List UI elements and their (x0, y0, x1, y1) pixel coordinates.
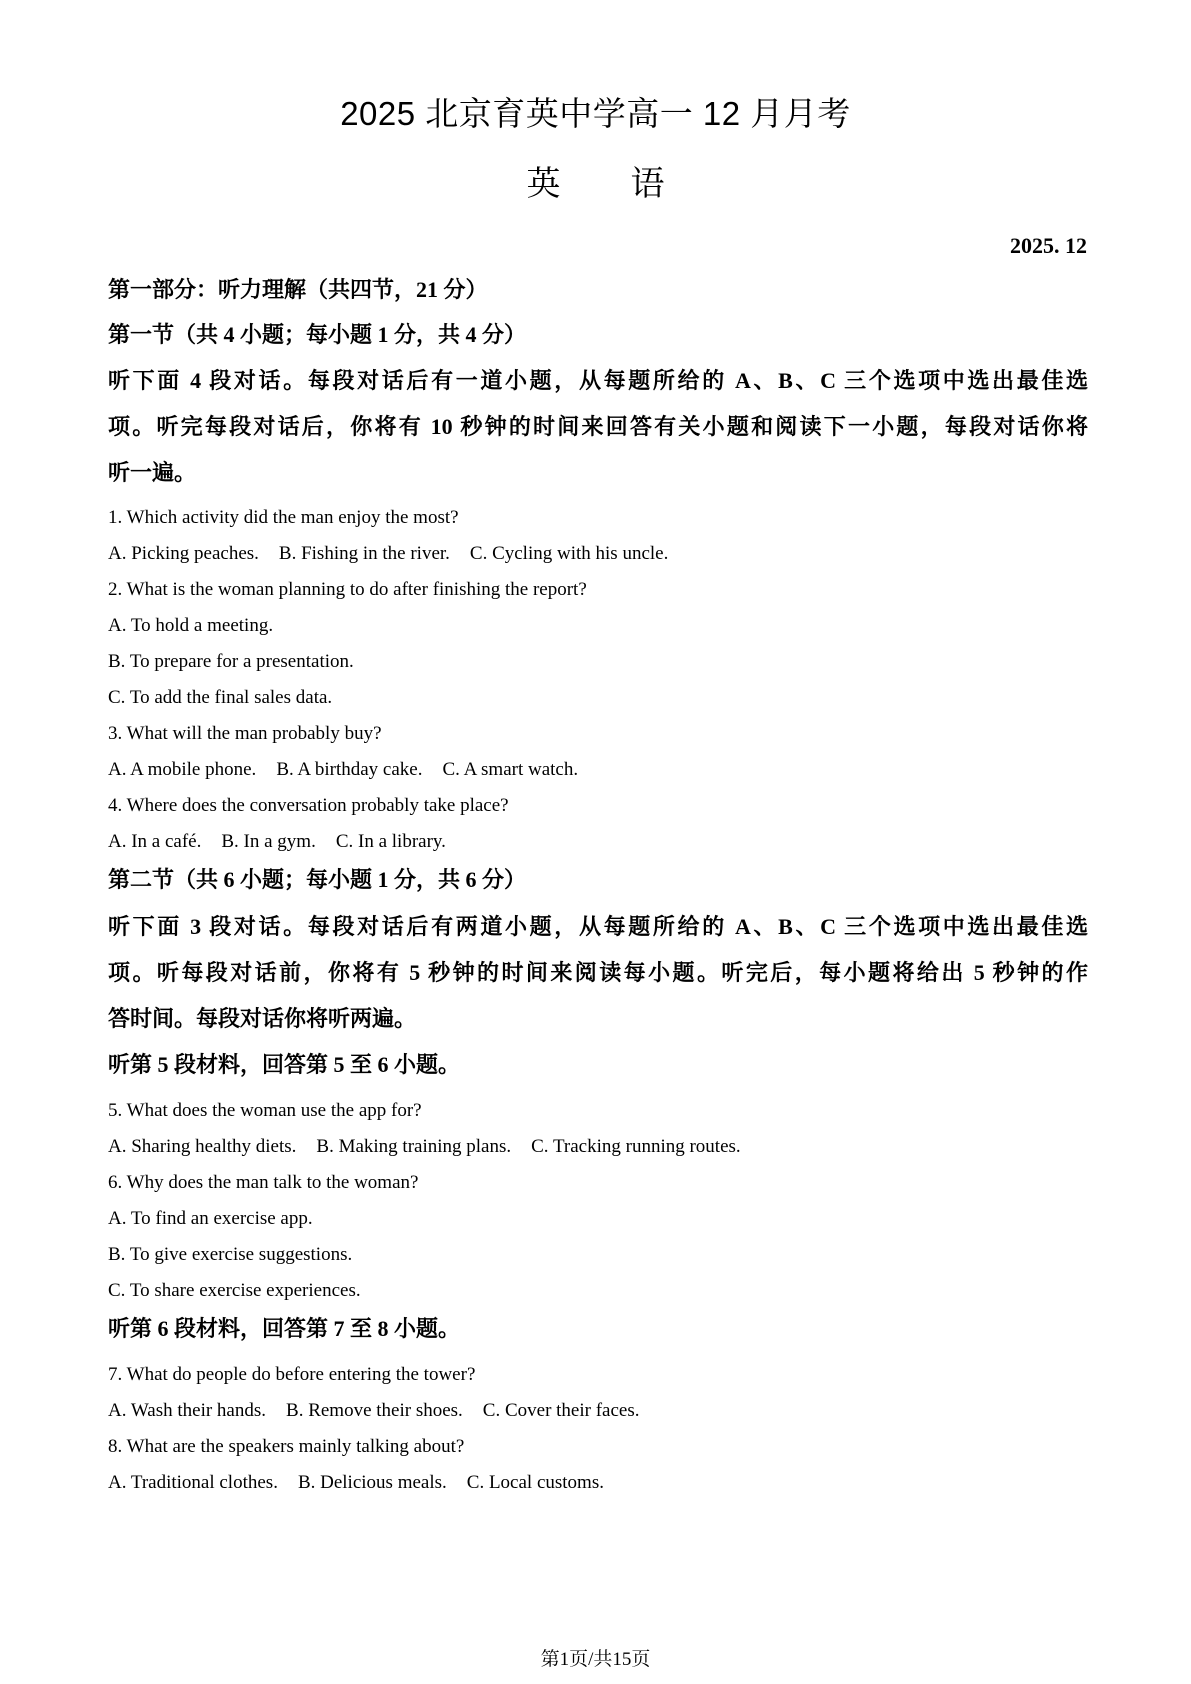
material6-heading: 听第 6 段材料，回答第 7 至 8 小题。 (108, 1314, 460, 1344)
option-a: A. To hold a meeting. (108, 613, 273, 639)
option-c: C. A smart watch. (442, 759, 578, 780)
page-title: 2025 北京育英中学高一 12 月月考 (0, 92, 1191, 136)
section1-instruction-line: 听下面 4 段对话。每段对话后有一道小题，从每题所给的 A、B、C 三个选项中选… (108, 366, 1088, 396)
question-stem: 1. Which activity did the man enjoy the … (108, 505, 459, 531)
option-a: A. Traditional clothes. (108, 1472, 278, 1493)
option-c: C. Cover their faces. (483, 1400, 640, 1421)
option-c: C. Tracking running routes. (531, 1136, 741, 1157)
section2-instruction-line: 答时间。每段对话你将听两遍。 (108, 1004, 1088, 1034)
subject-char-1: 英 (527, 162, 561, 206)
option-a: A. Picking peaches. (108, 543, 259, 564)
question-options: A. A mobile phone.B. A birthday cake.C. … (108, 757, 578, 783)
option-b: B. A birthday cake. (276, 759, 422, 780)
subject-char-2: 语 (631, 162, 665, 206)
option-a: A. Sharing healthy diets. (108, 1136, 296, 1157)
section2-heading: 第二节（共 6 小题；每小题 1 分，共 6 分） (108, 865, 526, 895)
option-b: B. Fishing in the river. (279, 543, 450, 564)
section1-instruction-line: 项。听完每段对话后，你将有 10 秒钟的时间来回答有关小题和阅读下一小题，每段对… (108, 412, 1088, 442)
option-c: C. Local customs. (467, 1472, 604, 1493)
option-a: A. To find an exercise app. (108, 1206, 313, 1232)
subject-title: 英语 (0, 162, 1191, 206)
section1-heading: 第一节（共 4 小题；每小题 1 分，共 4 分） (108, 320, 526, 350)
material5-heading: 听第 5 段材料，回答第 5 至 6 小题。 (108, 1050, 460, 1080)
question-options: A. Sharing healthy diets.B. Making train… (108, 1134, 741, 1160)
question-stem: 3. What will the man probably buy? (108, 721, 382, 747)
option-b: B. To prepare for a presentation. (108, 649, 354, 675)
option-b: B. Remove their shoes. (286, 1400, 463, 1421)
question-stem: 8. What are the speakers mainly talking … (108, 1434, 464, 1460)
option-a: A. In a café. (108, 831, 201, 852)
option-c: C. Cycling with his uncle. (470, 543, 668, 564)
option-c: C. To add the final sales data. (108, 685, 332, 711)
option-b: B. In a gym. (221, 831, 315, 852)
question-stem: 2. What is the woman planning to do afte… (108, 577, 587, 603)
question-options: A. Wash their hands.B. Remove their shoe… (108, 1398, 640, 1424)
section1-instruction-line: 听一遍。 (108, 458, 1088, 488)
question-stem: 4. Where does the conversation probably … (108, 793, 509, 819)
question-stem: 7. What do people do before entering the… (108, 1362, 475, 1388)
question-stem: 6. Why does the man talk to the woman? (108, 1170, 418, 1196)
exam-date: 2025. 12 (1010, 232, 1087, 260)
question-options: A. Picking peaches.B. Fishing in the riv… (108, 541, 668, 567)
question-stem: 5. What does the woman use the app for? (108, 1098, 422, 1124)
option-c: C. In a library. (336, 831, 446, 852)
question-options: A. Traditional clothes.B. Delicious meal… (108, 1470, 604, 1496)
option-a: A. A mobile phone. (108, 759, 256, 780)
option-b: B. Making training plans. (316, 1136, 511, 1157)
part-heading: 第一部分：听力理解（共四节，21 分） (108, 275, 488, 305)
question-options: A. In a café.B. In a gym.C. In a library… (108, 829, 446, 855)
page-indicator: 第1页/共15页 (0, 1648, 1191, 1672)
option-b: B. Delicious meals. (298, 1472, 447, 1493)
option-b: B. To give exercise suggestions. (108, 1242, 352, 1268)
option-a: A. Wash their hands. (108, 1400, 266, 1421)
section2-instruction-line: 项。听每段对话前，你将有 5 秒钟的时间来阅读每小题。听完后，每小题将给出 5 … (108, 958, 1088, 988)
section2-instruction-line: 听下面 3 段对话。每段对话后有两道小题，从每题所给的 A、B、C 三个选项中选… (108, 912, 1088, 942)
option-c: C. To share exercise experiences. (108, 1278, 361, 1304)
